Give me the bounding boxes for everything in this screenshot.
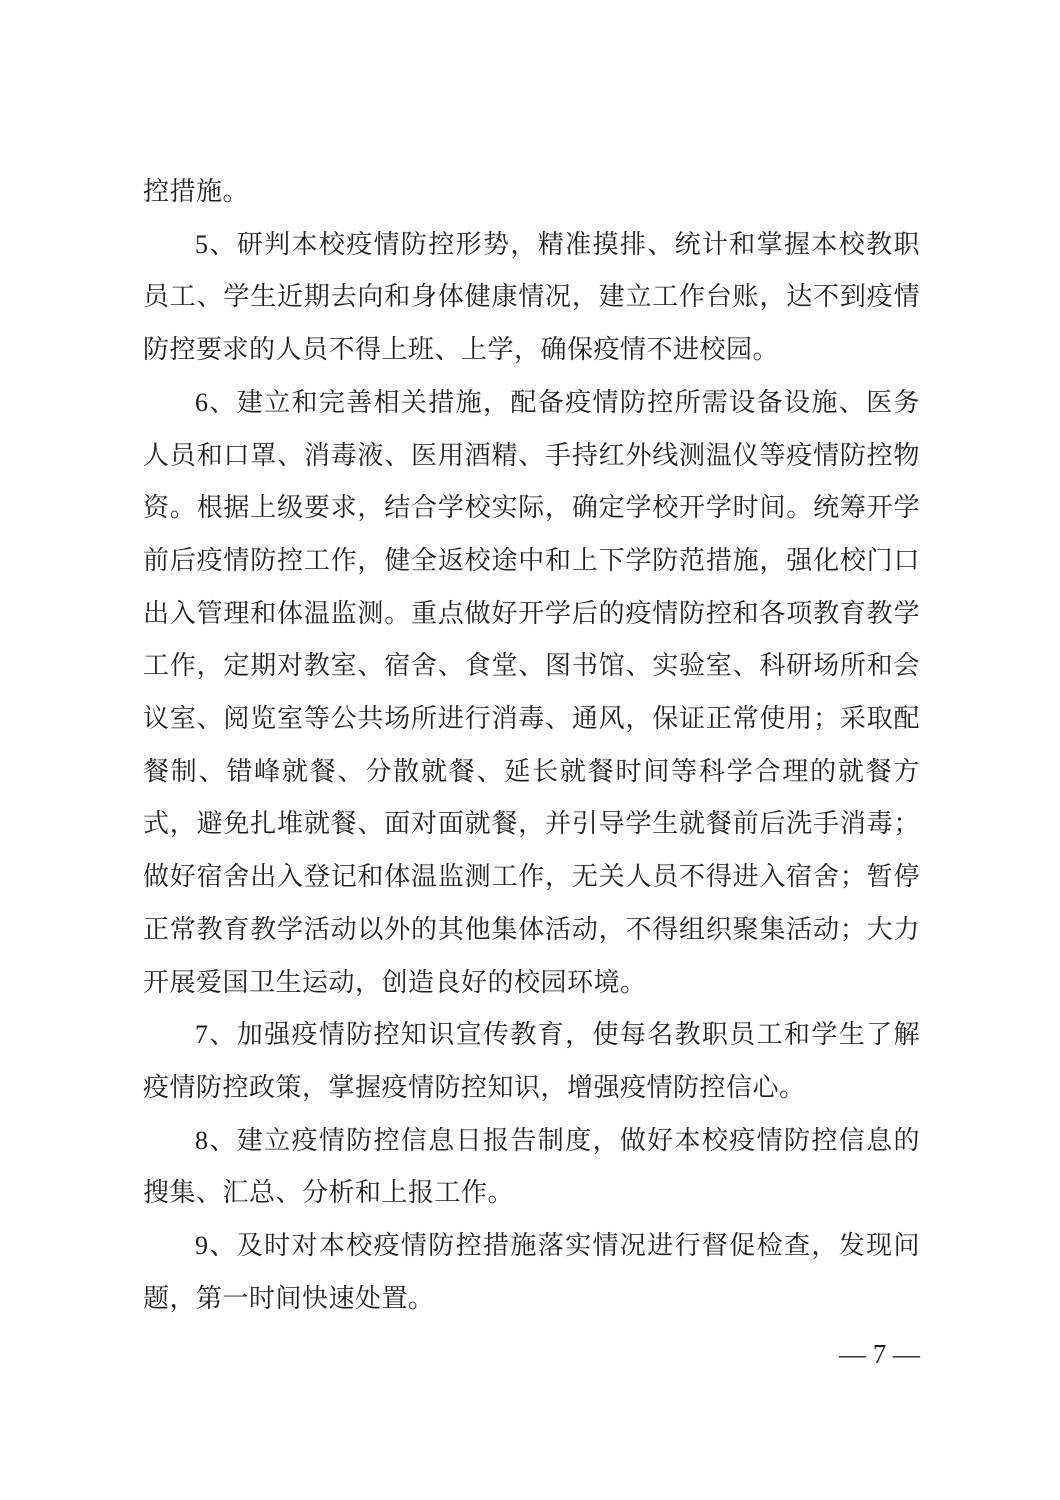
paragraph: 5、研判本校疫情防控形势，精准摸排、统计和掌握本校教职员工、学生近期去向和身体健…	[143, 219, 920, 377]
paragraph: 7、加强疫情防控知识宣传教育，使每名教职员工和学生了解疫情防控政策，掌握疫情防控…	[143, 1009, 920, 1114]
paragraph: 9、及时对本校疫情防控措施落实情况进行督促检查，发现问题，第一时间快速处置。	[143, 1220, 920, 1325]
paragraph: 8、建立疫情防控信息日报告制度，做好本校疫情防控信息的搜集、汇总、分析和上报工作…	[143, 1115, 920, 1220]
document-page: 控措施。5、研判本校疫情防控形势，精准摸排、统计和掌握本校教职员工、学生近期去向…	[0, 0, 1060, 1500]
paragraph: 控措施。	[143, 166, 920, 219]
paragraph: 6、建立和完善相关措施，配备疫情防控所需设备设施、医务人员和口罩、消毒液、医用酒…	[143, 377, 920, 1009]
document-body: 控措施。5、研判本校疫情防控形势，精准摸排、统计和掌握本校教职员工、学生近期去向…	[143, 166, 920, 1325]
page-footer: — 7 —	[143, 1328, 920, 1380]
page-number: — 7 —	[839, 1339, 920, 1369]
